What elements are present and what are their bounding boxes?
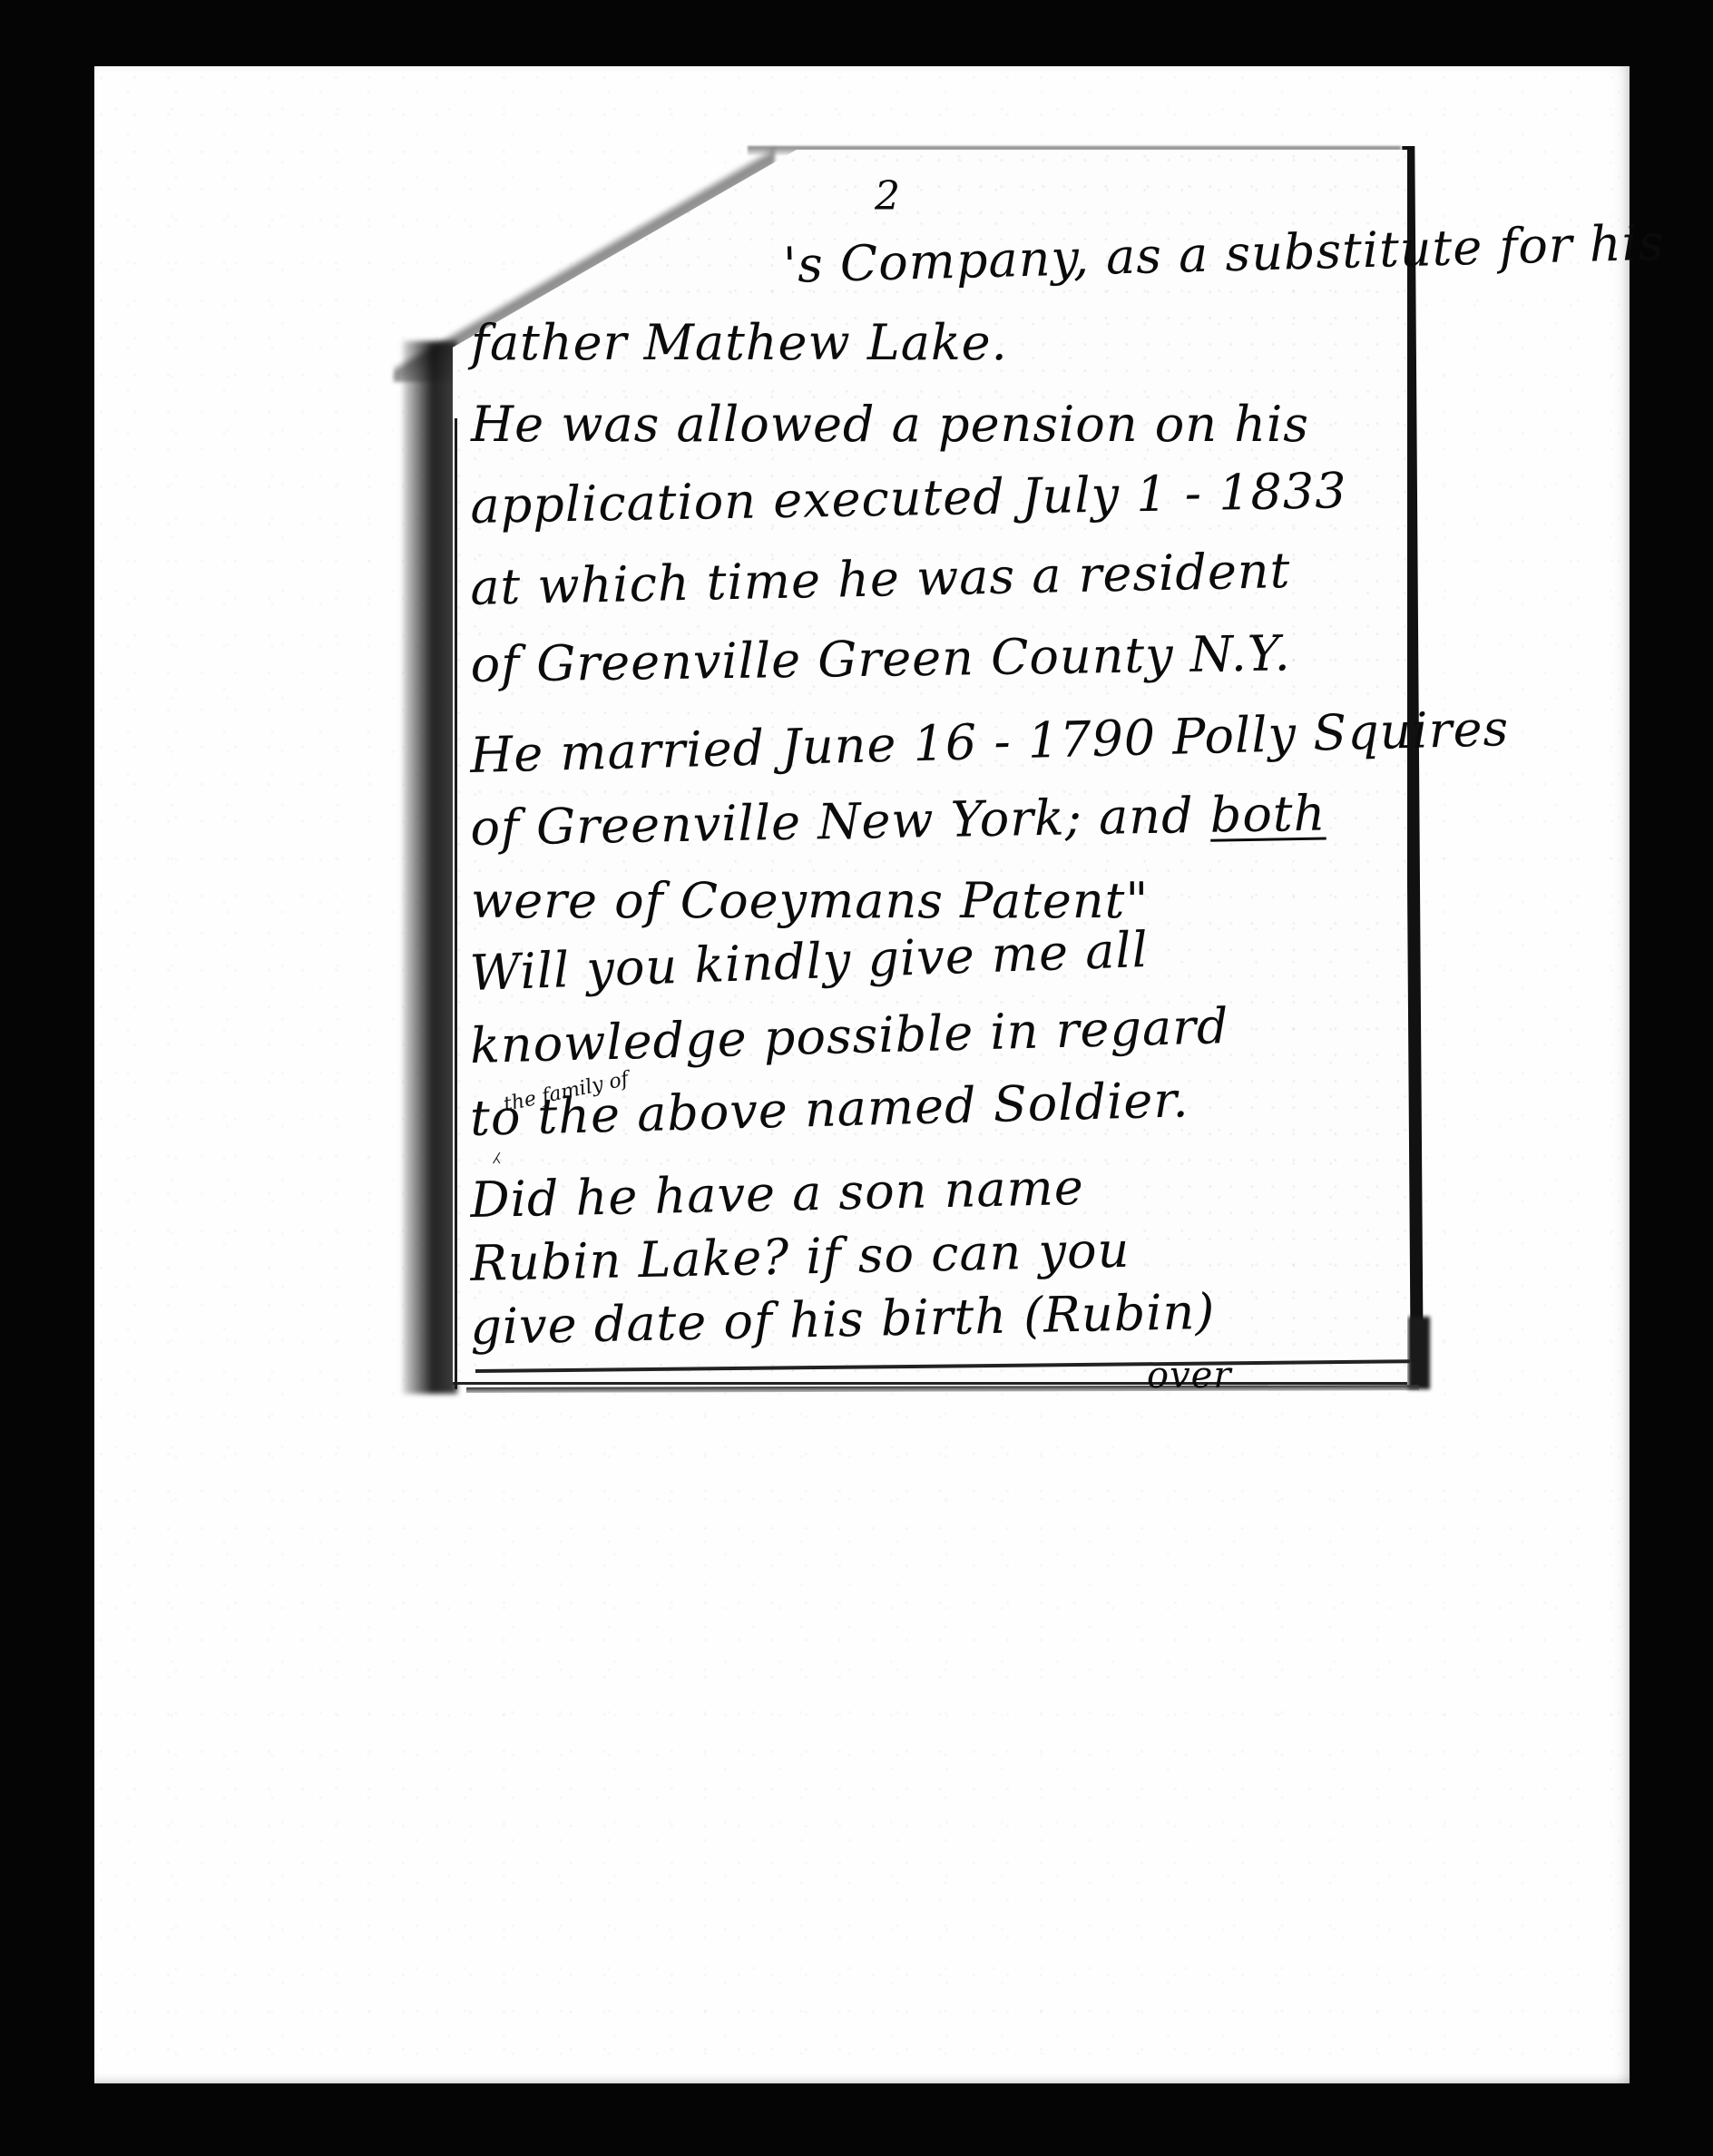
text-line: father Mathew Lake. <box>471 314 1008 371</box>
note-left-shadow <box>403 341 457 1394</box>
text-line: He was allowed a pension on his <box>471 396 1309 453</box>
underlying-sheet-edge <box>466 1385 1419 1393</box>
continuation-mark: over <box>1147 1355 1231 1396</box>
note-right-bottom-shadow <box>1408 1317 1430 1389</box>
text-line: of Greenville Green County N.Y. <box>470 624 1291 693</box>
note-left-edge-line <box>455 418 457 1389</box>
page-number: 2 <box>875 173 901 220</box>
handwritten-note: 2 's Company, as a substitute for his fa… <box>403 146 1473 1407</box>
underlined-word: both <box>1209 785 1326 844</box>
text-line: were of Coeymans Patent" <box>471 872 1149 929</box>
scanned-page: 2 's Company, as a substitute for his fa… <box>94 66 1630 2083</box>
